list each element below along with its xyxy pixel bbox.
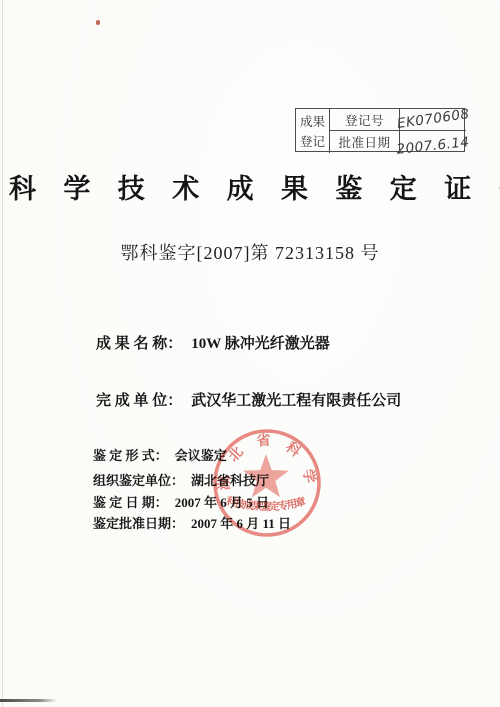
document-number: 鄂科鉴字[2007]第 72313158 号 [0,239,500,265]
field-value: 武汉华工激光工程有限责任公司 [191,389,401,410]
scan-edge-left [2,0,3,707]
reg-number-value: EK070608 [400,109,466,131]
approval-date-value: 2007.6.14 [400,131,466,153]
certificate-page: 成果 登记 登记号 EK070608 批准日期 2007.6.14 科 学 技 … [0,0,500,707]
field-label: 鉴 定 日 期： [93,492,168,511]
field-label: 完 成 单 位： [96,389,182,410]
official-seal: 湖北省科学技术厅 科技成果鉴定专用章 [205,420,335,550]
registration-table: 成果 登记 登记号 EK070608 批准日期 2007.6.14 [295,108,465,152]
svg-text:科技成果鉴定专用章: 科技成果鉴定专用章 [224,494,308,513]
field-completing-unit: 完 成 单 位：武汉华工激光工程有限责任公司 [96,389,401,410]
field-label: 成 果 名 称： [96,332,182,353]
field-label: 组织鉴定单位： [93,470,184,489]
seal-banner-text: 科技成果鉴定专用章 [224,494,308,513]
certificate-title: 科 学 技 术 成 果 鉴 定 证 书 [0,167,500,206]
reg-number-label: 登记号 [330,109,400,131]
field-achievement-name: 成 果 名 称：10W 脉冲光纤激光器 [96,332,330,353]
field-label: 鉴 定 形 式： [93,445,168,464]
merged-label-cell: 成果 登记 [296,109,330,153]
handwritten-approval-date: 2007.6.14 [396,134,470,158]
field-value: 10W 脉冲光纤激光器 [191,332,329,353]
handwritten-reg-number: EK070608 [396,106,470,132]
approval-date-label: 批准日期 [330,131,400,153]
red-speck [96,20,100,25]
seal-star-icon [243,454,289,497]
scan-corner-mark [0,699,57,702]
merged-label-line1: 成果 [300,112,325,130]
merged-label-line2: 登记 [300,132,325,150]
field-label: 鉴定批准日期： [93,513,184,532]
